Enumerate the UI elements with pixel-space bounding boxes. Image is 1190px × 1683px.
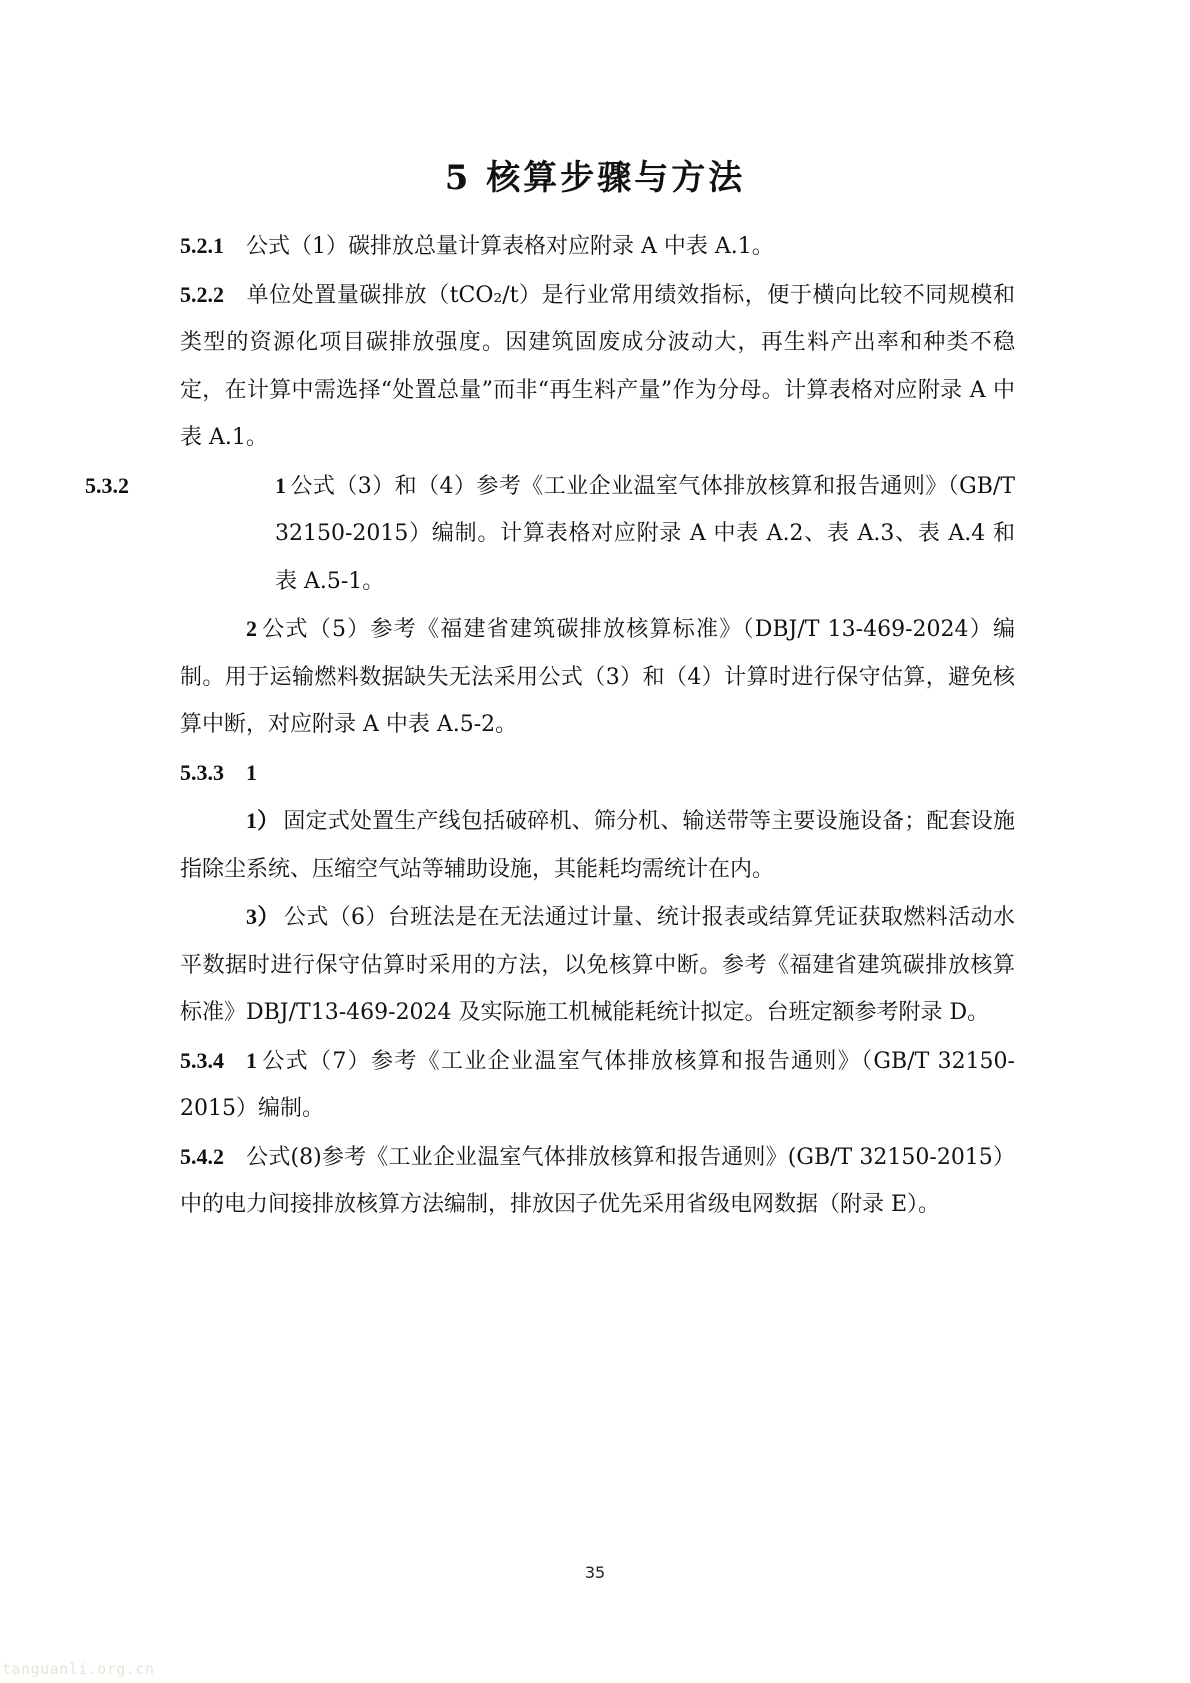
section-5-3-2-item-2: 2公式（5）参考《福建省建筑碳排放核算标准》（DBJ/T 13-469-2024…: [180, 605, 1015, 749]
section-5-3-3-sub-1: 1）固定式处置生产线包括破碎机、筛分机、输送带等主要设施设备；配套设施指除尘系统…: [180, 797, 1015, 893]
section-text: 公式(8)参考《工业企业温室气体排放核算和报告通则》(GB/T 32150-20…: [180, 1145, 1015, 1218]
section-number: 5.2.1: [180, 233, 224, 258]
section-number: 5.3.2: [180, 462, 253, 510]
section-text: 公式（3）和（4）参考《工业企业温室气体排放核算和报告通则》（GB/T 3215…: [275, 474, 1015, 594]
section-5-2-2: 5.2.2单位处置量碳排放（tCO₂/t）是行业常用绩效指标，便于横向比较不同规…: [180, 271, 1015, 462]
section-number: 5.3.4: [180, 1048, 224, 1073]
document-body: 5.2.1公式（1）碳排放总量计算表格对应附录 A 中表 A.1。 5.2.2单…: [180, 222, 1015, 1229]
item-number: 1: [275, 473, 286, 498]
item-number: 2: [246, 616, 257, 641]
section-text: 公式（6）台班法是在无法通过计量、统计报表或结算凭证获取燃料活动水平数据时进行保…: [180, 905, 1015, 1025]
section-number: 5.4.2: [180, 1144, 224, 1169]
section-text: 公式（7）参考《工业企业温室气体排放核算和报告通则》（GB/T 32150-20…: [180, 1049, 1015, 1122]
section-text: 公式（5）参考《福建省建筑碳排放核算标准》（DBJ/T 13-469-2024）…: [180, 617, 1015, 737]
section-text: 固定式处置生产线包括破碎机、筛分机、输送带等主要设施设备；配套设施指除尘系统、压…: [180, 809, 1015, 882]
section-5-2-1: 5.2.1公式（1）碳排放总量计算表格对应附录 A 中表 A.1。: [180, 222, 1015, 271]
section-number: 5.2.2: [180, 282, 224, 307]
section-number: 5.3.3: [180, 760, 224, 785]
watermark: tanguanli.org.cn: [2, 1660, 155, 1678]
section-5-4-2: 5.4.2公式(8)参考《工业企业温室气体排放核算和报告通则》(GB/T 321…: [180, 1133, 1015, 1229]
item-number: 3）: [246, 904, 280, 929]
item-number: 1）: [246, 808, 279, 833]
item-number: 1: [246, 760, 257, 785]
page-number: 35: [0, 1563, 1190, 1582]
section-5-3-4: 5.3.41公式（7）参考《工业企业温室气体排放核算和报告通则》（GB/T 32…: [180, 1037, 1015, 1133]
section-text: 公式（1）碳排放总量计算表格对应附录 A 中表 A.1。: [246, 234, 774, 259]
chapter-title: 5 核算步骤与方法: [0, 150, 1190, 199]
section-text: 单位处置量碳排放（tCO₂/t）是行业常用绩效指标，便于横向比较不同规模和类型的…: [180, 283, 1015, 451]
section-5-3-3: 5.3.31: [180, 749, 1015, 798]
section-5-3-2-item-1: 5.3.21公式（3）和（4）参考《工业企业温室气体排放核算和报告通则》（GB/…: [180, 462, 1015, 606]
item-number: 1: [246, 1048, 257, 1073]
section-5-3-3-sub-3: 3）公式（6）台班法是在无法通过计量、统计报表或结算凭证获取燃料活动水平数据时进…: [180, 893, 1015, 1037]
